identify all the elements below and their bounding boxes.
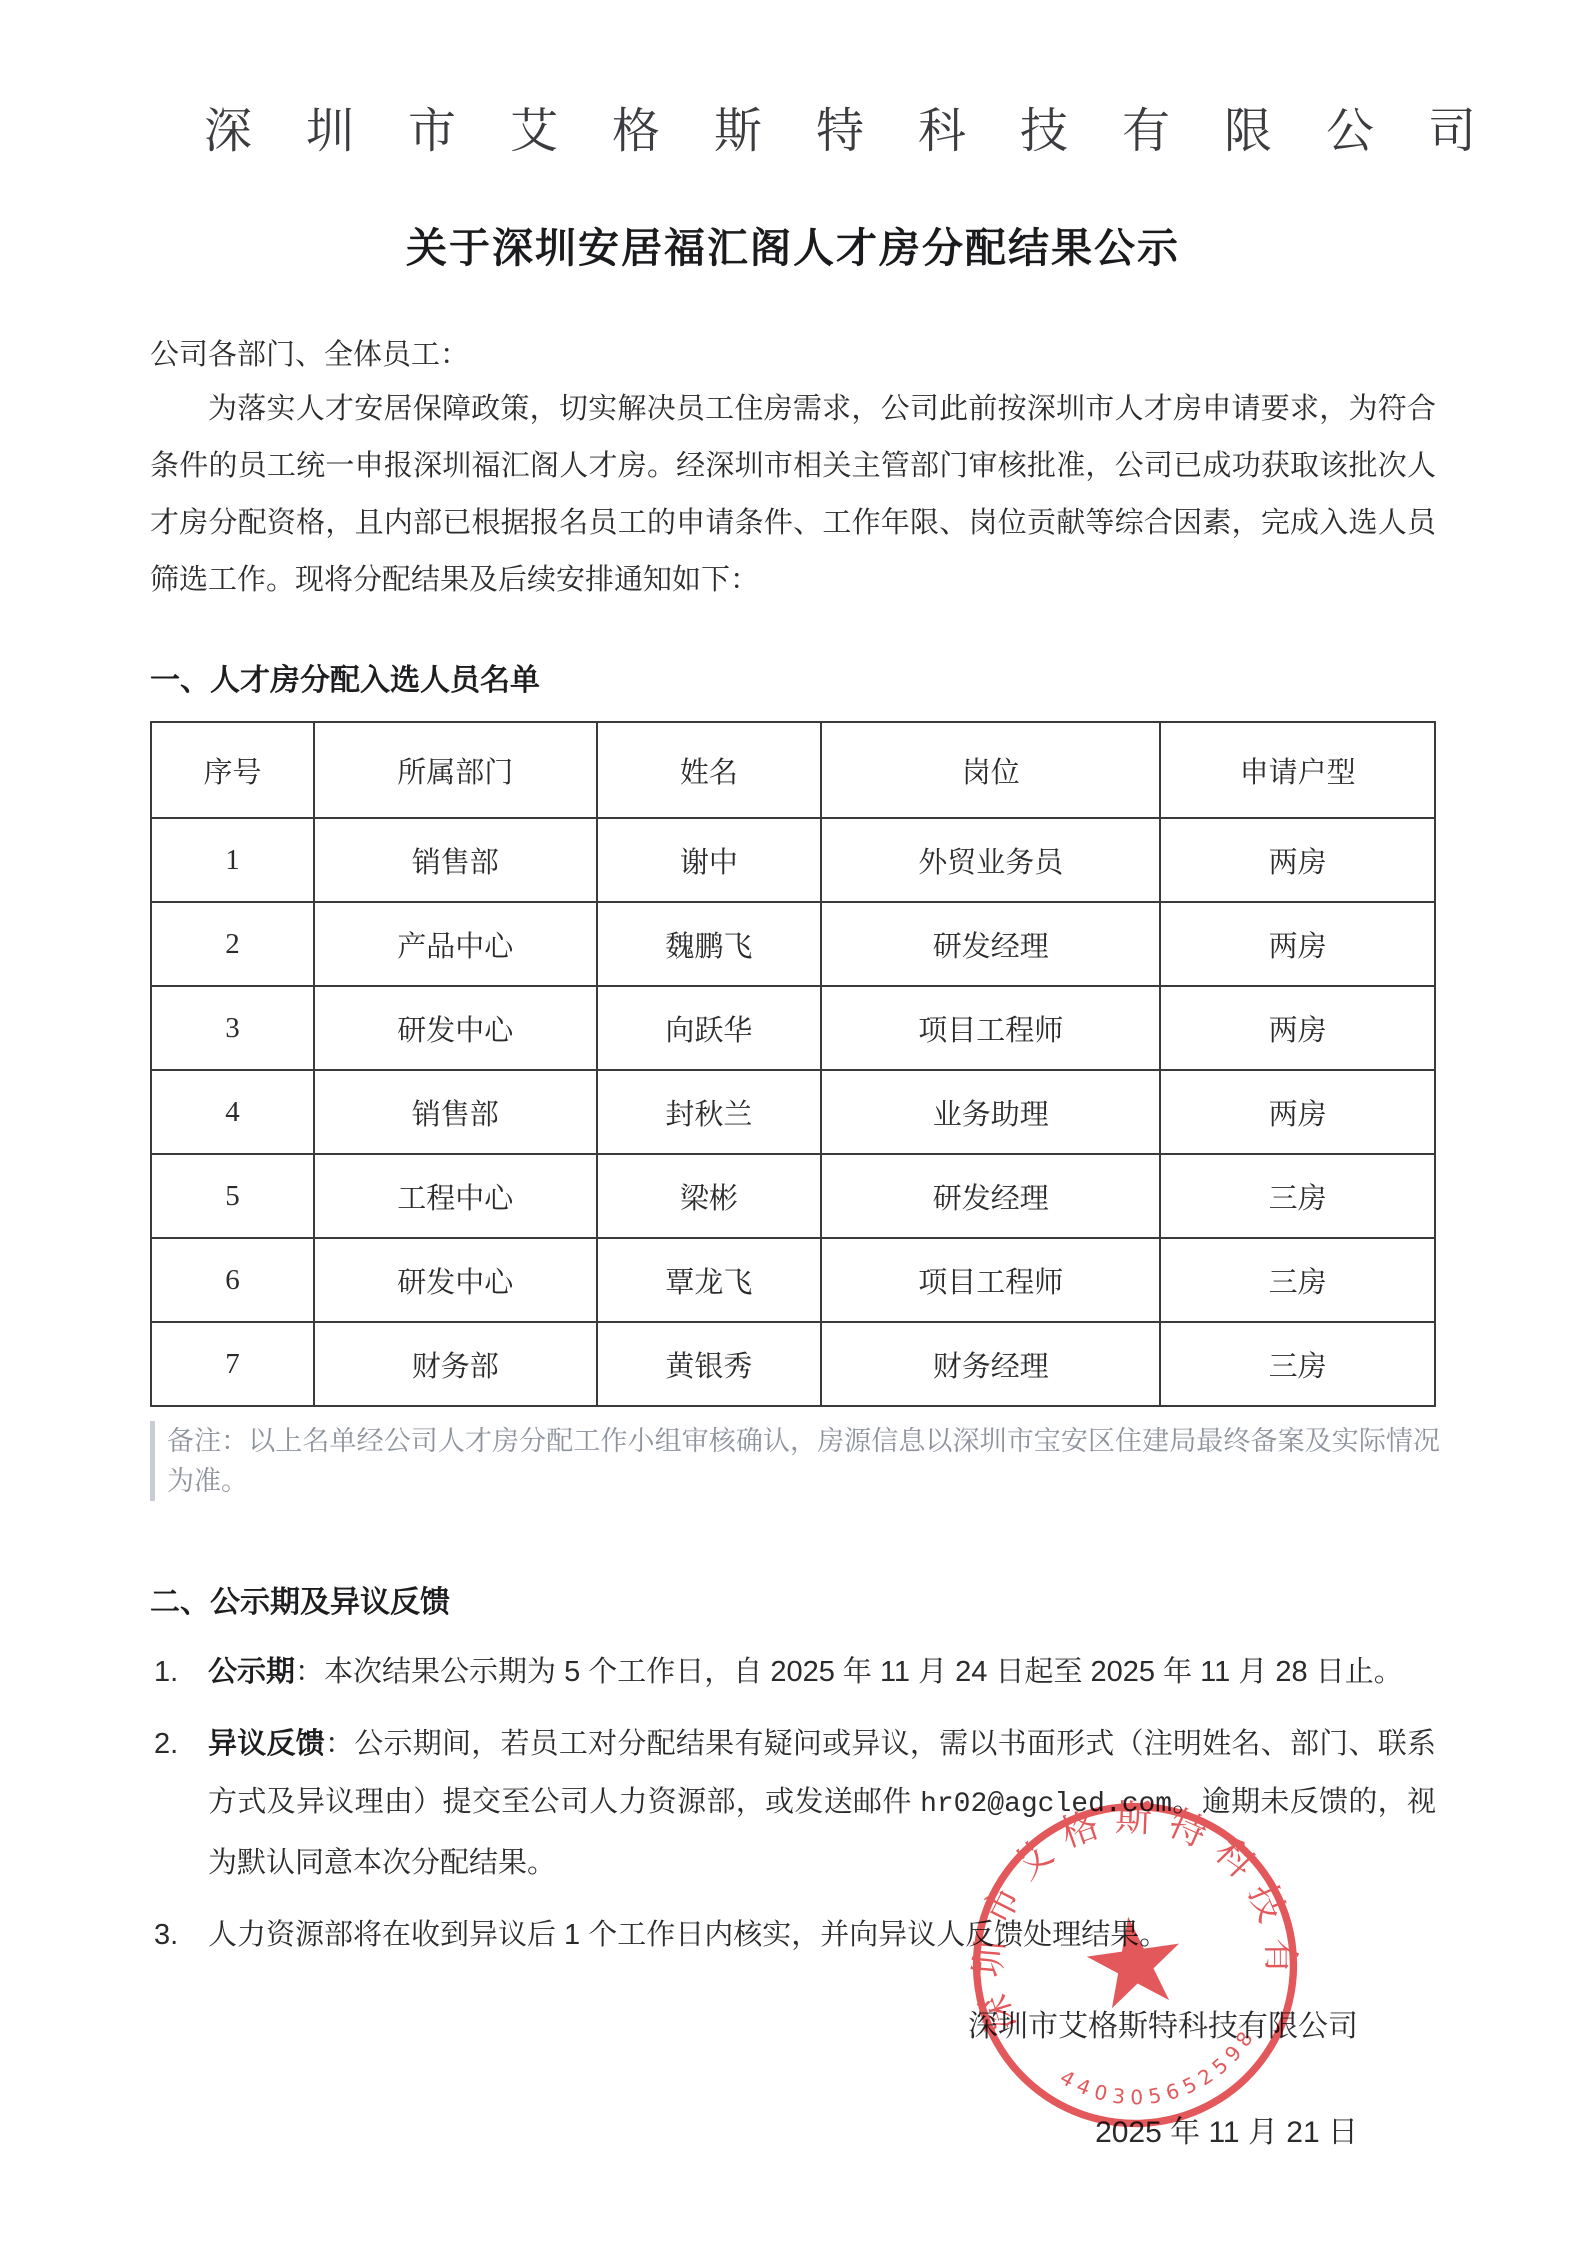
list-number: 2. xyxy=(154,1715,178,1773)
list-item-hr-handling: 3.人力资源部将在收到异议后 1 个工作日内核实，并向异议人反馈处理结果。 xyxy=(150,1906,1436,1964)
table-note: 备注：以上名单经公司人才房分配工作小组审核确认，房源信息以深圳市宝安区住建局最终… xyxy=(150,1421,1440,1501)
feedback-email: hr02@agcled.com xyxy=(920,1789,1172,1820)
salutation: 公司各部门、全体员工： xyxy=(150,332,1436,373)
list-item-objection-feedback: 2.异议反馈：公示期间，若员工对分配结果有疑问或异议，需以书面形式（注明姓名、部… xyxy=(150,1715,1436,1892)
cell-housing-type: 两房 xyxy=(1160,818,1435,902)
cell-position: 研发经理 xyxy=(821,902,1160,986)
cell-position: 项目工程师 xyxy=(821,986,1160,1070)
allocation-table: 序号 所属部门 姓名 岗位 申请户型 1 销售部 谢中 外贸业务员 两房 2 产 xyxy=(150,721,1436,1407)
cell-position: 外贸业务员 xyxy=(821,818,1160,902)
cell-seq: 7 xyxy=(151,1322,314,1406)
cell-seq: 5 xyxy=(151,1154,314,1238)
feedback-list: 1.公示期：本次结果公示期为 5 个工作日，自 2025 年 11 月 24 日… xyxy=(150,1643,1436,1964)
list-label: 异议反馈 xyxy=(208,1728,325,1760)
cell-name: 覃龙飞 xyxy=(597,1238,822,1322)
cell-position: 财务经理 xyxy=(821,1322,1160,1406)
cell-housing-type: 两房 xyxy=(1160,1070,1435,1154)
cell-seq: 1 xyxy=(151,818,314,902)
cell-department: 产品中心 xyxy=(314,902,596,986)
cell-department: 财务部 xyxy=(314,1322,596,1406)
table-header-row: 序号 所属部门 姓名 岗位 申请户型 xyxy=(151,722,1435,818)
cell-position: 项目工程师 xyxy=(821,1238,1160,1322)
cell-department: 销售部 xyxy=(314,818,596,902)
section2-heading: 二、公示期及异议反馈 xyxy=(150,1577,1436,1621)
company-title: 深圳市艾格斯特科技有限公司 xyxy=(150,0,1436,161)
cell-position: 研发经理 xyxy=(821,1154,1160,1238)
cell-name: 梁彬 xyxy=(597,1154,822,1238)
table-row: 2 产品中心 魏鹏飞 研发经理 两房 xyxy=(151,902,1435,986)
signature-company: 深圳市艾格斯特科技有限公司 xyxy=(150,2002,1358,2052)
list-text: ：本次结果公示期为 5 个工作日，自 2025 年 11 月 24 日起至 20… xyxy=(295,1656,1403,1688)
cell-seq: 2 xyxy=(151,902,314,986)
table-row: 7 财务部 黄银秀 财务经理 三房 xyxy=(151,1322,1435,1406)
table-row: 3 研发中心 向跃华 项目工程师 两房 xyxy=(151,986,1435,1070)
cell-seq: 6 xyxy=(151,1238,314,1322)
list-item-public-period: 1.公示期：本次结果公示期为 5 个工作日，自 2025 年 11 月 24 日… xyxy=(150,1643,1436,1701)
cell-seq: 3 xyxy=(151,986,314,1070)
cell-department: 研发中心 xyxy=(314,986,596,1070)
intro-paragraph: 为落实人才安居保障政策，切实解决员工住房需求，公司此前按深圳市人才房申请要求，为… xyxy=(150,381,1436,609)
cell-housing-type: 三房 xyxy=(1160,1154,1435,1238)
table-row: 6 研发中心 覃龙飞 项目工程师 三房 xyxy=(151,1238,1435,1322)
table-row: 1 销售部 谢中 外贸业务员 两房 xyxy=(151,818,1435,902)
table-row: 5 工程中心 梁彬 研发经理 三房 xyxy=(151,1154,1435,1238)
col-header-seq: 序号 xyxy=(151,722,314,818)
cell-housing-type: 三房 xyxy=(1160,1238,1435,1322)
cell-name: 黄银秀 xyxy=(597,1322,822,1406)
col-header-position: 岗位 xyxy=(821,722,1160,818)
col-header-department: 所属部门 xyxy=(314,722,596,818)
list-label: 公示期 xyxy=(208,1656,295,1688)
col-header-name: 姓名 xyxy=(597,722,822,818)
cell-name: 封秋兰 xyxy=(597,1070,822,1154)
document-page: 深圳市艾格斯特科技有限公司 关于深圳安居福汇阁人才房分配结果公示 公司各部门、全… xyxy=(0,0,1586,2242)
document-title: 关于深圳安居福汇阁人才房分配结果公示 xyxy=(150,215,1436,274)
col-header-housing-type: 申请户型 xyxy=(1160,722,1435,818)
cell-name: 谢中 xyxy=(597,818,822,902)
cell-department: 工程中心 xyxy=(314,1154,596,1238)
section1-heading: 一、人才房分配入选人员名单 xyxy=(150,655,1436,699)
cell-housing-type: 三房 xyxy=(1160,1322,1435,1406)
signature-date: 2025 年 11 月 21 日 xyxy=(150,2108,1358,2158)
cell-position: 业务助理 xyxy=(821,1070,1160,1154)
cell-name: 魏鹏飞 xyxy=(597,902,822,986)
list-text: 人力资源部将在收到异议后 1 个工作日内核实，并向异议人反馈处理结果。 xyxy=(208,1919,1168,1951)
cell-name: 向跃华 xyxy=(597,986,822,1070)
signature-block: 深圳市艾格斯特科技有限公司 2025 年 11 月 21 日 xyxy=(150,2002,1436,2158)
list-number: 1. xyxy=(154,1643,178,1701)
cell-housing-type: 两房 xyxy=(1160,902,1435,986)
cell-department: 销售部 xyxy=(314,1070,596,1154)
cell-housing-type: 两房 xyxy=(1160,986,1435,1070)
list-number: 3. xyxy=(154,1906,178,1964)
table-row: 4 销售部 封秋兰 业务助理 两房 xyxy=(151,1070,1435,1154)
cell-seq: 4 xyxy=(151,1070,314,1154)
cell-department: 研发中心 xyxy=(314,1238,596,1322)
